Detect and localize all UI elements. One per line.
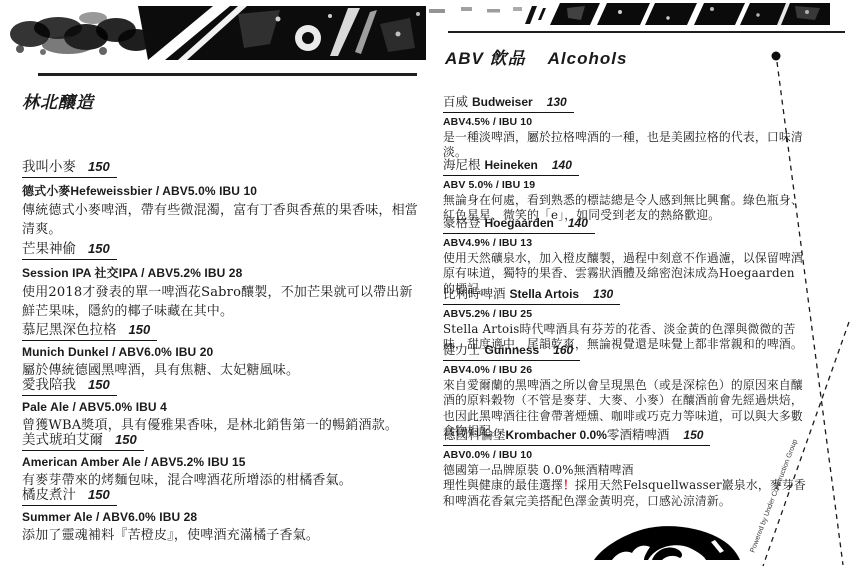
item-price: 140 — [568, 216, 588, 230]
item-spec: Session IPA 社交IPA / ABV5.2% IBU 28 — [22, 264, 424, 281]
item-price: 150 — [115, 432, 137, 447]
red-exclamation: ！ — [563, 478, 575, 492]
item-price: 150 — [129, 322, 151, 337]
dot-marker — [772, 52, 781, 61]
right-page-title: ABV 飲品Alcohols — [445, 44, 627, 69]
item-name: 愛我陪我 — [22, 377, 76, 393]
item-price: 150 — [88, 487, 110, 502]
item-spec: ABV4.0% / IBU 26 — [443, 364, 807, 376]
menu-item-budweiser: 百威Budweiser130 ABV4.5% / IBU 10 是一種淡啤酒，屬… — [443, 92, 807, 161]
item-desc: 添加了靈魂補料『苦橙皮』，使啤酒充滿橘子香氣。 — [22, 527, 424, 546]
item-spec: Pale Ale / ABV5.0% IBU 4 — [22, 400, 424, 414]
left-header-rule — [38, 73, 417, 76]
item-name: 美式琥珀艾爾 — [22, 432, 103, 448]
item-title: 比利時啤酒Stella Artois130 — [443, 284, 807, 305]
item-desc: 傳統德式小麥啤酒，帶有些微混濁，富有丁香與香蕉的果香味，相當清爽。 — [22, 202, 424, 239]
right-header-rule — [448, 31, 845, 33]
menu-item-paleale: 愛我陪我150 Pale Ale / ABV5.0% IBU 4 曾獲WBA獎項… — [22, 373, 424, 436]
item-name-en: Hoegaarden — [485, 216, 554, 230]
header-collage-right — [425, 0, 850, 30]
item-title: 豪格登Hoegaarden140 — [443, 213, 807, 234]
item-spec: ABV4.9% / IBU 13 — [443, 237, 807, 249]
item-spec: ABV 5.0% / IBU 19 — [443, 179, 807, 191]
item-desc: 德國第一品牌原裝 0.0%無酒精啤酒理性與健康的最佳選擇！採用天然Felsque… — [443, 463, 807, 509]
speckle-marks — [429, 7, 522, 13]
item-name-en: Budweiser — [472, 95, 533, 109]
item-spec: ABV0.0% / IBU 10 — [443, 449, 807, 461]
motorcycle-photo-art — [138, 6, 426, 60]
menu-item-mango: 芒果神偷150 Session IPA 社交IPA / ABV5.2% IBU … — [22, 237, 424, 321]
item-name-cn2: 零酒精啤酒 — [607, 427, 670, 442]
item-name-cn: 比利時啤酒 — [443, 286, 506, 301]
item-name: 慕尼黑深色拉格 — [22, 322, 117, 338]
item-name: 橘皮煮汁 — [22, 487, 76, 503]
item-spec: 德式小麥Hefeweissbier / ABV5.0% IBU 10 — [22, 182, 424, 199]
item-name: 我叫小麥 — [22, 159, 76, 175]
section-title-cn: ABV 飲品 — [445, 49, 526, 68]
ink-blotch-art — [10, 12, 154, 55]
menu-item-summerale: 橘皮煮汁150 Summer Ale / ABV6.0% IBU 28 添加了靈… — [22, 483, 424, 546]
menu-item-dunkel: 慕尼黑深色拉格150 Munich Dunkel / ABV6.0% IBU 2… — [22, 318, 424, 381]
item-price: 150 — [88, 377, 110, 392]
item-name-en: Krombacher 0.0% — [506, 428, 607, 442]
item-price: 150 — [88, 159, 110, 174]
item-name: 芒果神偷 — [22, 241, 76, 257]
menu-item-krombacher: 德國科倫堡Krombacher 0.0%零酒精啤酒150 ABV0.0% / I… — [443, 425, 807, 509]
bottom-logo — [592, 520, 742, 562]
item-title: 我叫小麥150 — [22, 155, 424, 178]
item-spec: ABV4.5% / IBU 10 — [443, 116, 807, 128]
item-name-en: Guinness — [485, 343, 540, 357]
item-name-cn: 海尼根 — [443, 157, 481, 172]
item-title: 愛我陪我150 — [22, 373, 424, 396]
item-title: 健力士Guinness160 — [443, 340, 807, 361]
item-name-cn: 豪格登 — [443, 215, 481, 230]
item-name-cn: 德國科倫堡 — [443, 427, 506, 442]
item-name-cn: 健力士 — [443, 342, 481, 357]
item-spec: Summer Ale / ABV6.0% IBU 28 — [22, 510, 424, 524]
item-title: 慕尼黑深色拉格150 — [22, 318, 424, 341]
item-desc-line1: 德國第一品牌原裝 0.0%無酒精啤酒 — [443, 463, 634, 477]
section-title-en: Alcohols — [548, 49, 628, 68]
item-spec: ABV5.2% / IBU 25 — [443, 308, 807, 320]
item-title: 芒果神偷150 — [22, 237, 424, 260]
item-price: 130 — [593, 287, 613, 301]
item-title: 橘皮煮汁150 — [22, 483, 424, 506]
item-spec: Munich Dunkel / ABV6.0% IBU 20 — [22, 345, 424, 359]
item-price: 160 — [553, 343, 573, 357]
item-name-en: Heineken — [485, 158, 538, 172]
item-price: 150 — [683, 428, 703, 442]
item-title: 海尼根Heineken140 — [443, 155, 807, 176]
menu-item-wheat: 我叫小麥150 德式小麥Hefeweissbier / ABV5.0% IBU … — [22, 155, 424, 239]
brand-title: 林北釀造 — [22, 93, 94, 112]
item-title: 美式琥珀艾爾150 — [22, 428, 424, 451]
header-collage-left — [8, 4, 426, 62]
item-title: 德國科倫堡Krombacher 0.0%零酒精啤酒150 — [443, 425, 807, 446]
item-price: 140 — [552, 158, 572, 172]
item-price: 150 — [88, 241, 110, 256]
item-desc-line2-pre: 理性與健康的最佳選擇 — [443, 478, 563, 492]
photo-strip-art — [525, 3, 830, 25]
item-name-en: Stella Artois — [510, 287, 580, 301]
item-desc: 使用2018才發表的單一啤酒花Sabro釀製，不加芒果就可以帶出新鮮芒果味，隱約… — [22, 284, 424, 321]
item-title: 百威Budweiser130 — [443, 92, 807, 113]
item-spec: American Amber Ale / ABV5.2% IBU 15 — [22, 455, 424, 469]
left-page-title: 林北釀造 — [22, 88, 94, 113]
item-name-cn: 百威 — [443, 94, 468, 109]
item-price: 130 — [547, 95, 567, 109]
menu-item-amberale: 美式琥珀艾爾150 American Amber Ale / ABV5.2% I… — [22, 428, 424, 491]
